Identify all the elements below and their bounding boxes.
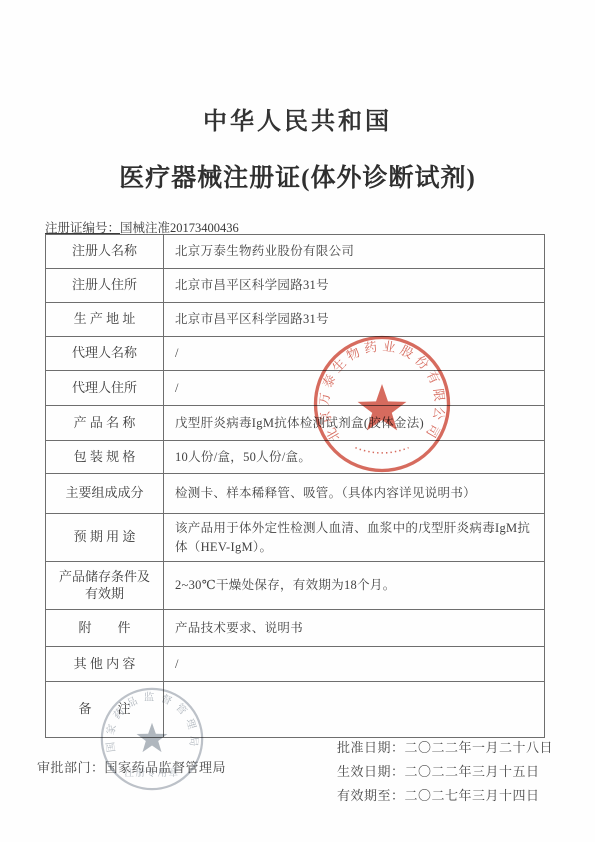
row-value: 北京市昌平区科学园路31号	[164, 303, 545, 337]
row-value	[164, 682, 545, 738]
certificate-table: 注册人名称北京万泰生物药业股份有限公司 注册人住所北京市昌平区科学园路31号 生…	[45, 234, 545, 738]
approval-date-line: 批准日期：二〇二二年一月二十八日	[337, 737, 553, 756]
approval-dept-line: 审批部门：国家药品监督管理局	[37, 757, 226, 776]
effective-date-value: 二〇二二年三月十五日	[405, 764, 540, 779]
table-row: 代理人住所/	[46, 371, 545, 406]
approval-date-label: 批准日期：	[337, 740, 405, 755]
valid-until-line: 有效期至：二〇二七年三月十四日	[337, 785, 540, 804]
row-label: 注册人名称	[46, 235, 164, 269]
registration-number-value: 国械注准20173400436	[120, 221, 239, 235]
row-label: 注册人住所	[46, 269, 164, 303]
approval-dept-label: 审批部门：	[37, 760, 105, 775]
row-value: 产品技术要求、说明书	[164, 610, 545, 647]
table-row: 包 装 规 格10人份/盒，50人份/盒。	[46, 441, 545, 474]
effective-date-line: 生效日期：二〇二二年三月十五日	[337, 761, 540, 780]
row-value: 北京万泰生物药业股份有限公司	[164, 235, 545, 269]
country-title: 中华人民共和国	[0, 101, 595, 136]
table-row: 其 他 内 容/	[46, 647, 545, 682]
row-label: 代理人名称	[46, 337, 164, 371]
row-value: 10人份/盒，50人份/盒。	[164, 441, 545, 474]
valid-until-value: 二〇二七年三月十四日	[405, 788, 540, 803]
row-value: /	[164, 337, 545, 371]
row-value: 检测卡、样本稀释管、吸管。（具体内容详见说明书）	[164, 474, 545, 514]
table-row: 注册人住所北京市昌平区科学园路31号	[46, 269, 545, 303]
certificate-page: 中华人民共和国 医疗器械注册证(体外诊断试剂) 注册证编号：国械注准201734…	[0, 0, 595, 842]
row-value: 北京市昌平区科学园路31号	[164, 269, 545, 303]
approval-dept-value: 国家药品监督管理局	[105, 760, 227, 775]
row-label: 其 他 内 容	[46, 647, 164, 682]
table-row: 预 期 用 途该产品用于体外定性检测人血清、血浆中的戊型肝炎病毒IgM抗体（HE…	[46, 514, 545, 562]
table-row: 产 品 名 称戊型肝炎病毒IgM抗体检测试剂盒(胶体金法)	[46, 406, 545, 441]
row-label: 包 装 规 格	[46, 441, 164, 474]
row-label: 产 品 名 称	[46, 406, 164, 441]
row-label: 生 产 地 址	[46, 303, 164, 337]
row-label: 代理人住所	[46, 371, 164, 406]
approval-date-value: 二〇二二年一月二十八日	[405, 740, 554, 755]
row-label: 产品储存条件及 有效期	[46, 562, 164, 610]
certificate-title: 医疗器械注册证(体外诊断试剂)	[0, 158, 595, 194]
table-row: 代理人名称/	[46, 337, 545, 371]
table-row: 附 件产品技术要求、说明书	[46, 610, 545, 647]
valid-until-label: 有效期至：	[337, 788, 405, 803]
table-row: 注册人名称北京万泰生物药业股份有限公司	[46, 235, 545, 269]
effective-date-label: 生效日期：	[337, 764, 405, 779]
row-value: /	[164, 371, 545, 406]
registration-number-label: 注册证编号：	[45, 221, 120, 235]
row-label: 主要组成成分	[46, 474, 164, 514]
table-row: 生 产 地 址北京市昌平区科学园路31号	[46, 303, 545, 337]
row-value: 该产品用于体外定性检测人血清、血浆中的戊型肝炎病毒IgM抗体（HEV-IgM）。	[164, 514, 545, 562]
table-row: 备 注	[46, 682, 545, 738]
row-value: /	[164, 647, 545, 682]
row-value: 戊型肝炎病毒IgM抗体检测试剂盒(胶体金法)	[164, 406, 545, 441]
row-label: 附 件	[46, 610, 164, 647]
table-row: 主要组成成分检测卡、样本稀释管、吸管。（具体内容详见说明书）	[46, 474, 545, 514]
table-row: 产品储存条件及 有效期2~30℃干燥处保存，有效期为18个月。	[46, 562, 545, 610]
row-value: 2~30℃干燥处保存，有效期为18个月。	[164, 562, 545, 610]
row-label: 预 期 用 途	[46, 514, 164, 562]
row-label: 备 注	[46, 682, 164, 738]
